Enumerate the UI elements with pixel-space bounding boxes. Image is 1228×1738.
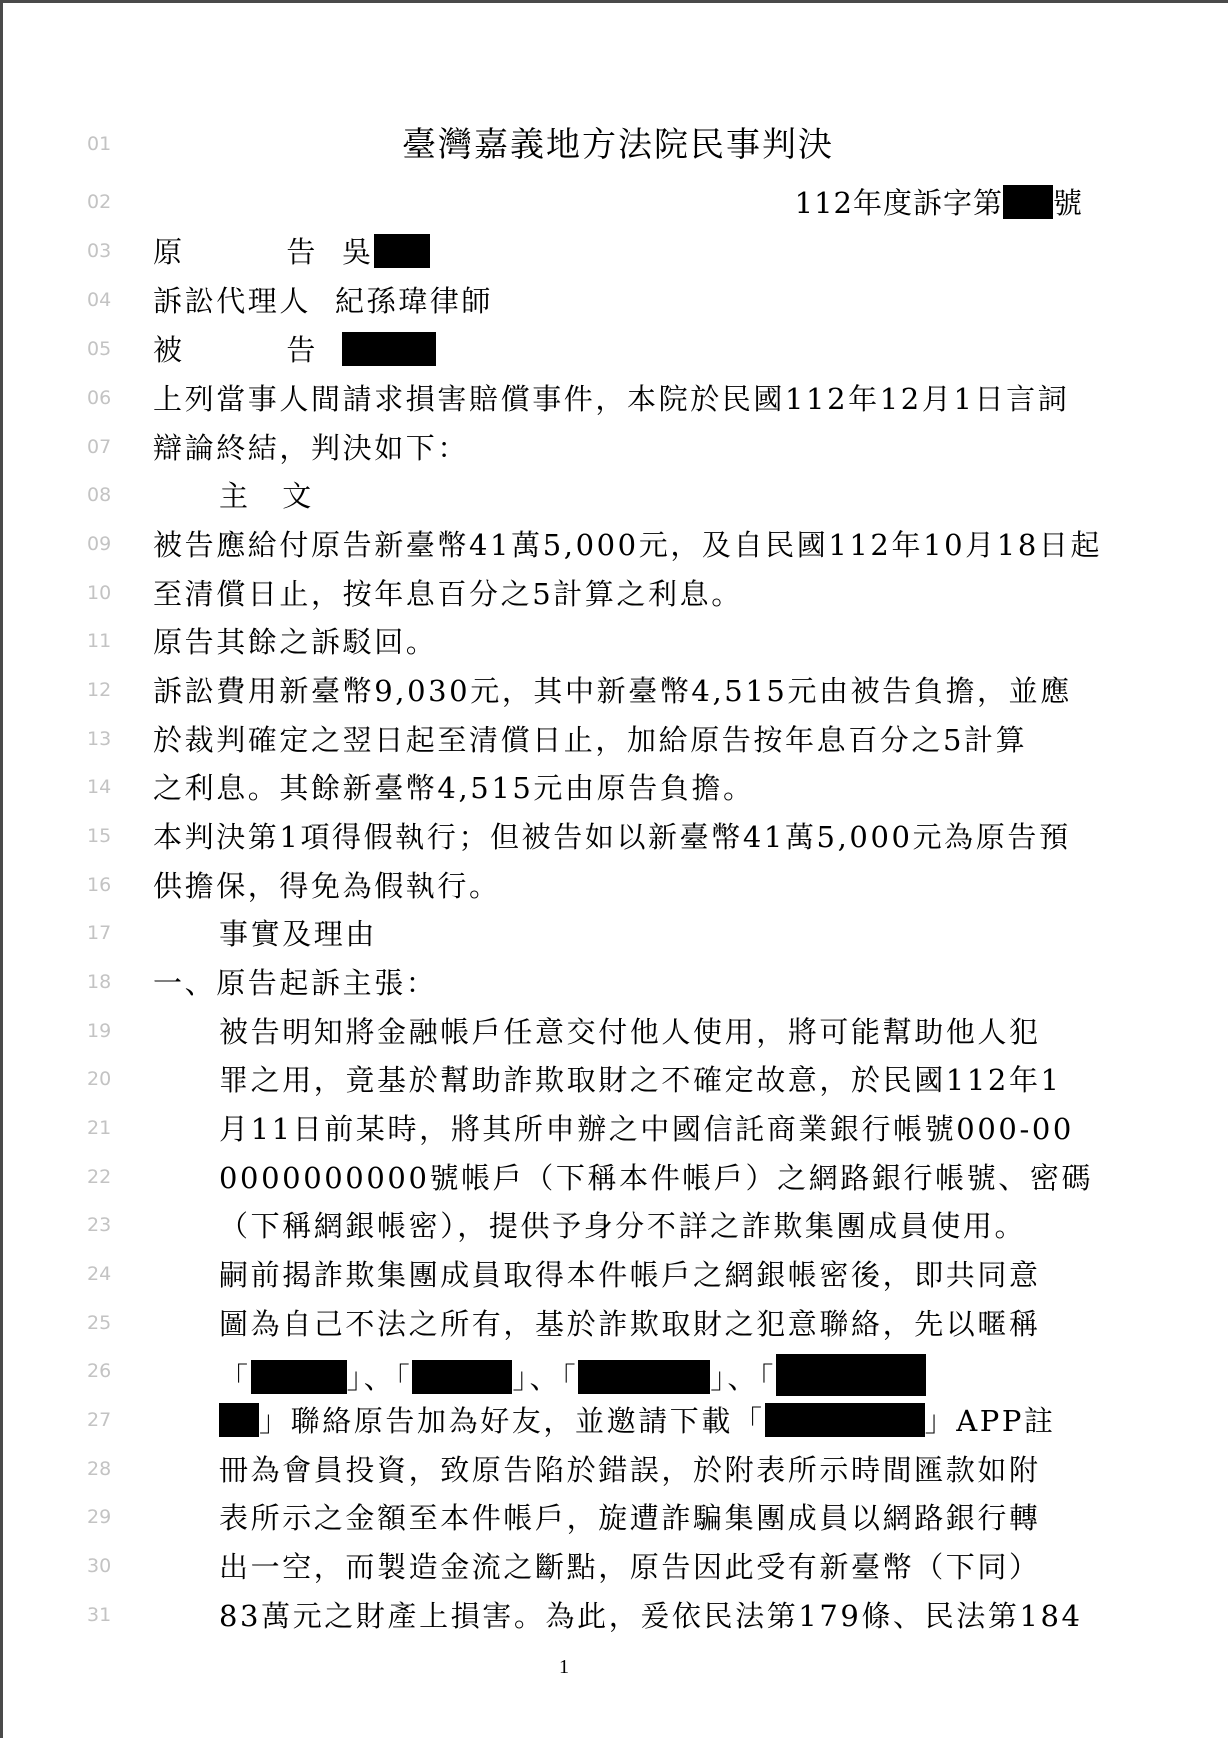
body-text: 0000000000號帳戶（下稱本件帳戶）之網路銀行帳號、密碼 xyxy=(219,1160,1083,1196)
body-text: 罪之用，竟基於幫助詐欺取財之不確定故意，於民國112年1 xyxy=(219,1062,1083,1098)
line-04: 04 訴訟代理人紀孫瑋律師 xyxy=(3,283,1228,331)
line-number: 02 xyxy=(87,191,127,213)
line-number: 29 xyxy=(87,1506,127,1528)
defendant-label: 被告 xyxy=(153,332,318,368)
body-text: 圖為自己不法之所有，基於詐欺取財之犯意聯絡，先以暱稱 xyxy=(219,1306,1083,1342)
line-18: 18 一、原告起訴主張： xyxy=(3,965,1228,1013)
body-text: 本判決第1項得假執行；但被告如以新臺幣41萬5,000元為原告預 xyxy=(153,819,1083,855)
line-number: 18 xyxy=(87,971,127,993)
body-text: 表所示之金額至本件帳戶，旋遭詐騙集團成員以網路銀行轉 xyxy=(219,1500,1083,1536)
redaction-block xyxy=(765,1403,925,1437)
redaction-block xyxy=(374,234,430,268)
line-number: 17 xyxy=(87,922,127,944)
line-21: 21 月11日前某時，將其所申辦之中國信託商業銀行帳號000-00 xyxy=(3,1111,1228,1159)
agent-label: 訴訟代理人 xyxy=(153,284,311,318)
line-11: 11 原告其餘之訴駁回。 xyxy=(3,624,1228,672)
redaction-block xyxy=(776,1354,926,1396)
defendant-row: 被告 xyxy=(153,332,1083,368)
line-08: 08 主 文 xyxy=(3,478,1228,526)
line-number: 06 xyxy=(87,387,127,409)
line-17: 17 事實及理由 xyxy=(3,916,1228,964)
line-20: 20 罪之用，竟基於幫助詐欺取財之不確定故意，於民國112年1 xyxy=(3,1062,1228,1110)
redaction-block xyxy=(342,332,436,366)
line-number: 04 xyxy=(87,289,127,311)
case-number-suffix: 號 xyxy=(1053,186,1083,220)
line-number: 25 xyxy=(87,1312,127,1334)
line-29: 29 表所示之金額至本件帳戶，旋遭詐騙集團成員以網路銀行轉 xyxy=(3,1500,1228,1548)
redaction-block xyxy=(412,1360,512,1394)
redaction-block xyxy=(219,1403,259,1437)
plaintiff-name: 吳 xyxy=(342,235,374,269)
nickname-list: 「」、「」、「」、「 xyxy=(219,1354,1083,1396)
line-number: 27 xyxy=(87,1409,127,1431)
line-number: 22 xyxy=(87,1166,127,1188)
line-number: 15 xyxy=(87,825,127,847)
body-text: 」聯絡原告加為好友，並邀請下載「」APP註 xyxy=(219,1403,1083,1439)
line-14: 14 之利息。其餘新臺幣4,515元由原告負擔。 xyxy=(3,770,1228,818)
line-28: 28 冊為會員投資，致原告陷於錯誤，於附表所示時間匯款如附 xyxy=(3,1452,1228,1500)
body-text: 被告明知將金融帳戶任意交付他人使用，將可能幫助他人犯 xyxy=(219,1014,1083,1050)
line-number: 08 xyxy=(87,484,127,506)
line-number: 09 xyxy=(87,533,127,555)
line-01: 01 臺灣嘉義地方法院民事判決 xyxy=(3,127,1228,175)
line-25: 25 圖為自己不法之所有，基於詐欺取財之犯意聯絡，先以暱稱 xyxy=(3,1306,1228,1354)
body-text: 被告應給付原告新臺幣41萬5,000元，及自民國112年10月18日起 xyxy=(153,527,1083,563)
section-heading-main-text: 主 文 xyxy=(219,478,1083,514)
agent-row: 訴訟代理人紀孫瑋律師 xyxy=(153,283,1083,319)
line-number: 12 xyxy=(87,679,127,701)
plaintiff-label: 原告 xyxy=(153,234,318,270)
case-number: 112年度訴字第號 xyxy=(153,185,1083,221)
line-10: 10 至清償日止，按年息百分之5計算之利息。 xyxy=(3,576,1228,624)
line-26: 26 「」、「」、「」、「 xyxy=(3,1354,1228,1402)
line-number: 26 xyxy=(87,1360,127,1382)
line-number: 07 xyxy=(87,436,127,458)
line-number: 03 xyxy=(87,240,127,262)
line-number: 01 xyxy=(87,133,127,155)
body-text: 出一空，而製造金流之斷點，原告因此受有新臺幣（下同） xyxy=(219,1549,1083,1585)
line-19: 19 被告明知將金融帳戶任意交付他人使用，將可能幫助他人犯 xyxy=(3,1014,1228,1062)
body-text: 嗣前揭詐欺集團成員取得本件帳戶之網銀帳密後，即共同意 xyxy=(219,1257,1083,1293)
line-15: 15 本判決第1項得假執行；但被告如以新臺幣41萬5,000元為原告預 xyxy=(3,819,1228,867)
subsection-heading: 一、原告起訴主張： xyxy=(153,965,1083,1001)
line-30: 30 出一空，而製造金流之斷點，原告因此受有新臺幣（下同） xyxy=(3,1549,1228,1597)
line-05: 05 被告 xyxy=(3,332,1228,380)
line-07: 07 辯論終結，判決如下： xyxy=(3,430,1228,478)
page-number: 1 xyxy=(559,1656,569,1679)
body-text: 供擔保，得免為假執行。 xyxy=(153,868,1083,904)
agent-name: 紀孫瑋律師 xyxy=(335,284,493,318)
line-13: 13 於裁判確定之翌日起至清償日止，加給原告按年息百分之5計算 xyxy=(3,722,1228,770)
body-text: 之利息。其餘新臺幣4,515元由原告負擔。 xyxy=(153,770,1083,806)
body-text: 辯論終結，判決如下： xyxy=(153,430,1083,466)
line-12: 12 訴訟費用新臺幣9,030元，其中新臺幣4,515元由被告負擔，並應 xyxy=(3,673,1228,721)
line-31: 31 83萬元之財產上損害。為此，爰依民法第179條、民法第184 xyxy=(3,1598,1228,1646)
body-text: 冊為會員投資，致原告陷於錯誤，於附表所示時間匯款如附 xyxy=(219,1452,1083,1488)
body-text: 上列當事人間請求損害賠償事件，本院於民國112年12月1日言詞 xyxy=(153,381,1083,417)
line-03: 03 原告吳 xyxy=(3,234,1228,282)
line-06: 06 上列當事人間請求損害賠償事件，本院於民國112年12月1日言詞 xyxy=(3,381,1228,429)
line-number: 31 xyxy=(87,1604,127,1626)
line-24: 24 嗣前揭詐欺集團成員取得本件帳戶之網銀帳密後，即共同意 xyxy=(3,1257,1228,1305)
line-09: 09 被告應給付原告新臺幣41萬5,000元，及自民國112年10月18日起 xyxy=(3,527,1228,575)
line-16: 16 供擔保，得免為假執行。 xyxy=(3,868,1228,916)
line-number: 13 xyxy=(87,728,127,750)
line-22: 22 0000000000號帳戶（下稱本件帳戶）之網路銀行帳號、密碼 xyxy=(3,1160,1228,1208)
line-number: 14 xyxy=(87,776,127,798)
line-number: 16 xyxy=(87,874,127,896)
body-text: 訴訟費用新臺幣9,030元，其中新臺幣4,515元由被告負擔，並應 xyxy=(153,673,1083,709)
line-number: 24 xyxy=(87,1263,127,1285)
line-23: 23 （下稱網銀帳密），提供予身分不詳之詐欺集團成員使用。 xyxy=(3,1208,1228,1256)
line-number: 21 xyxy=(87,1117,127,1139)
body-text: 原告其餘之訴駁回。 xyxy=(153,624,1083,660)
line-number: 19 xyxy=(87,1020,127,1042)
redaction-block xyxy=(578,1360,710,1394)
redaction-block xyxy=(251,1360,347,1394)
line-number: 23 xyxy=(87,1214,127,1236)
redaction-block xyxy=(1003,185,1053,219)
body-text: 83萬元之財產上損害。為此，爰依民法第179條、民法第184 xyxy=(219,1598,1083,1634)
body-text: 至清償日止，按年息百分之5計算之利息。 xyxy=(153,576,1083,612)
line-number: 28 xyxy=(87,1458,127,1480)
body-text: （下稱網銀帳密），提供予身分不詳之詐欺集團成員使用。 xyxy=(219,1208,1083,1244)
line-number: 05 xyxy=(87,338,127,360)
case-number-prefix: 112年度訴字第 xyxy=(795,186,1003,220)
line-number: 11 xyxy=(87,630,127,652)
line-number: 20 xyxy=(87,1068,127,1090)
body-text: 於裁判確定之翌日起至清償日止，加給原告按年息百分之5計算 xyxy=(153,722,1083,758)
plaintiff-row: 原告吳 xyxy=(153,234,1083,270)
document-title: 臺灣嘉義地方法院民事判決 xyxy=(153,127,1083,163)
line-number: 30 xyxy=(87,1555,127,1577)
section-heading-facts: 事實及理由 xyxy=(219,916,1083,952)
line-number: 10 xyxy=(87,582,127,604)
line-27: 27 」聯絡原告加為好友，並邀請下載「」APP註 xyxy=(3,1403,1228,1451)
body-text: 月11日前某時，將其所申辦之中國信託商業銀行帳號000-00 xyxy=(219,1111,1083,1147)
line-02: 02 112年度訴字第號 xyxy=(3,185,1228,233)
